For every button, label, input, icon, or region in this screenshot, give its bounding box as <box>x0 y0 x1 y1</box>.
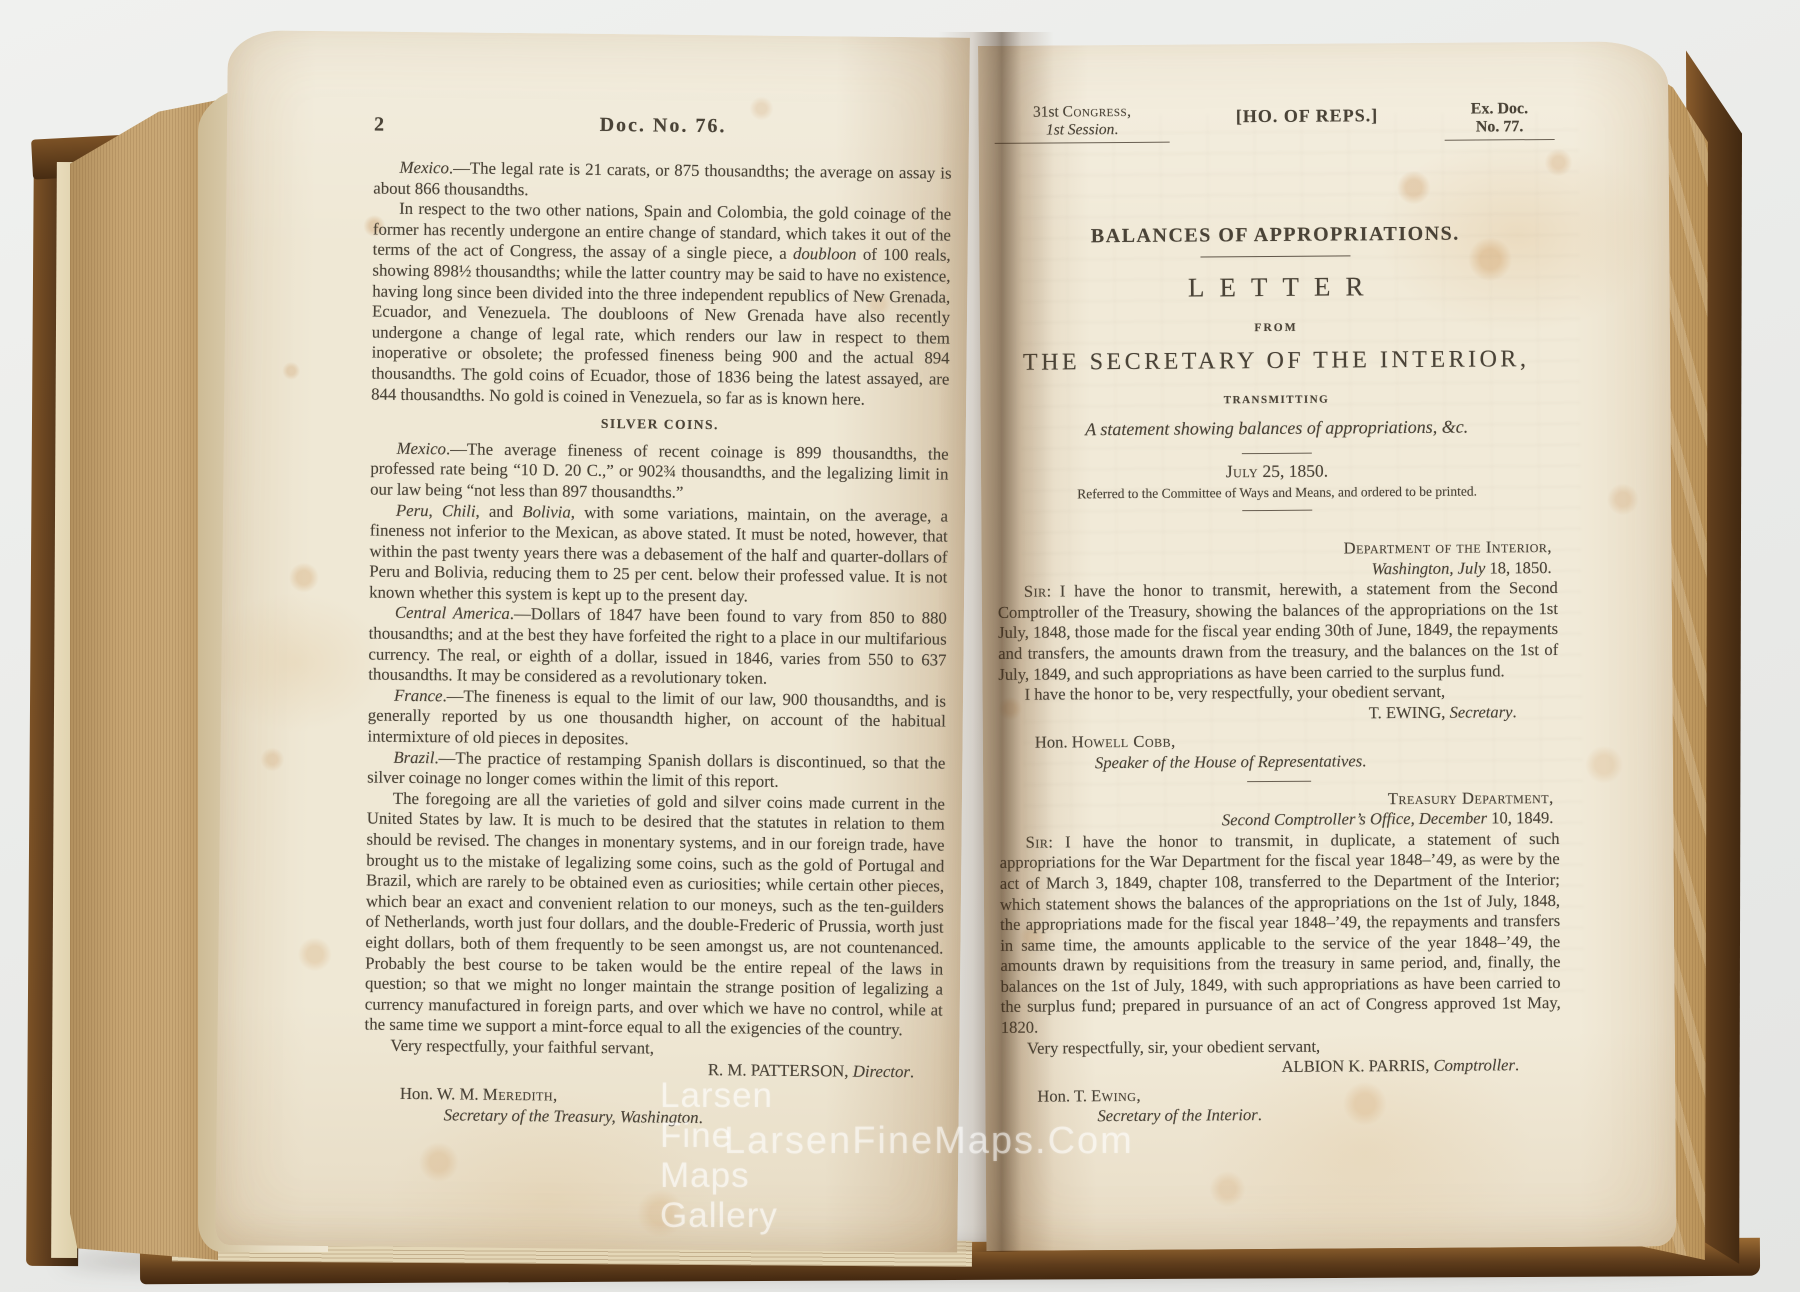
paragraph: Peru, Chili, and Bolivia, with some vari… <box>369 500 948 609</box>
paragraph: Central America.—Dollars of 1847 have be… <box>368 603 947 691</box>
paragraph: France.—The fineness is equal to the lim… <box>367 685 946 753</box>
addressee-title: Secretary of the Interior. <box>1001 1103 1561 1128</box>
paragraph: The foregoing are all the varieties of g… <box>364 788 945 1041</box>
right-page: 31st Congress, 1st Session. [HO. OF REPS… <box>978 41 1676 1251</box>
running-head: Doc. No. 76. <box>374 112 952 141</box>
secretary-heading: THE SECRETARY OF THE INTERIOR, <box>996 346 1556 377</box>
doc-number-block: Ex. Doc. No. 77. <box>1444 100 1554 141</box>
right-page-text: Department of the Interior,Washington, J… <box>997 537 1561 1128</box>
addressee-title: Speaker of the House of Representatives. <box>999 750 1559 775</box>
page-number: 2 <box>374 114 384 137</box>
date-line: July 25, 1850. <box>997 459 1557 484</box>
title-rule <box>1200 255 1350 257</box>
signature-line: T. EWING, Secretary. <box>999 702 1559 727</box>
divider-rule <box>1247 780 1311 781</box>
subject-line: A statement showing balances of appropri… <box>997 416 1557 441</box>
paragraph: Mexico.—The legal rate is 21 carats, or … <box>373 158 951 205</box>
chamber-label: [HO. OF REPS.] <box>1169 101 1444 128</box>
title-rule <box>1242 453 1312 454</box>
paragraph: Sir: I have the honor to transmit, in du… <box>999 829 1560 1039</box>
left-page-text: Mexico.—The legal rate is 21 carats, or … <box>364 158 952 1131</box>
doc-number: No. 77. <box>1445 118 1555 137</box>
photo-scene: 2 Doc. No. 76. Mexico.—The legal rate is… <box>0 0 1800 1292</box>
congress-line: 31st Congress, <box>994 103 1169 122</box>
transmitting-label: TRANSMITTING <box>996 392 1556 408</box>
doc-label: Ex. Doc. <box>1444 100 1554 119</box>
paragraph: Mexico.—The average fineness of recent c… <box>370 438 949 506</box>
left-page: 2 Doc. No. 76. Mexico.—The legal rate is… <box>215 30 970 1253</box>
left-page-header: 2 Doc. No. 76. <box>374 112 952 141</box>
signature-line: ALBION K. PARRIS, Comptroller. <box>1001 1055 1561 1080</box>
section-heading: SILVER COINS. <box>371 412 949 439</box>
paragraph: In respect to the two other nations, Spa… <box>371 199 951 411</box>
right-page-header: 31st Congress, 1st Session. [HO. OF REPS… <box>994 100 1554 144</box>
paragraph: Brazil.—The practice of restamping Spani… <box>367 747 945 794</box>
page-block-left <box>70 100 218 1260</box>
title-block: BALANCES OF APPROPRIATIONS. LETTER FROM … <box>995 214 1557 513</box>
session-line: 1st Session. <box>995 121 1170 140</box>
paragraph: Sir: I have the honor to transmit, herew… <box>998 578 1559 685</box>
doc-title: BALANCES OF APPROPRIATIONS. <box>995 222 1555 249</box>
from-label: FROM <box>996 320 1556 336</box>
letter-heading: LETTER <box>996 270 1556 305</box>
congress-session-block: 31st Congress, 1st Session. <box>994 103 1169 144</box>
referred-line: Referred to the Committee of Ways and Me… <box>997 483 1557 503</box>
